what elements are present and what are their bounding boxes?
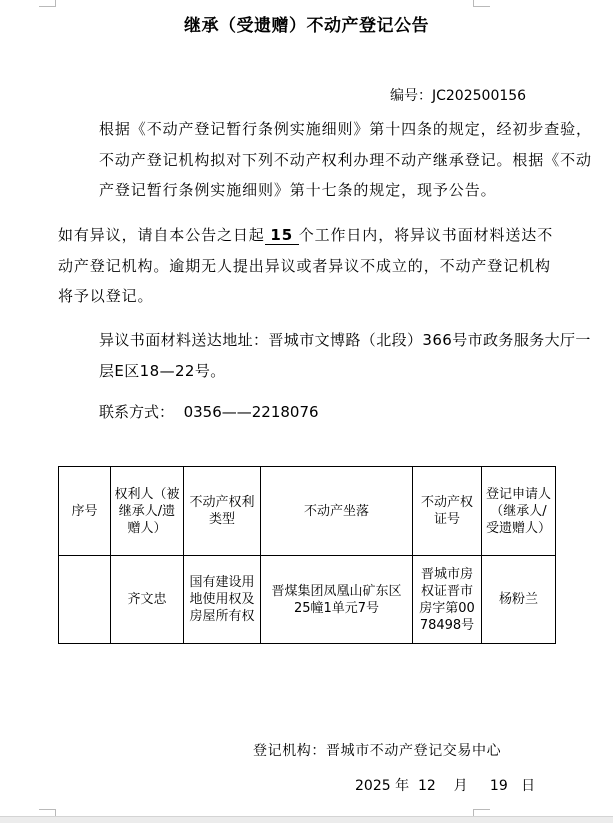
document-number-label: 编号：	[390, 88, 432, 104]
date-day-unit: 日	[521, 775, 535, 795]
page-corner-marker-top-right	[473, 0, 490, 7]
cell-certificate-no: 晋城市房权证晋市房字第0078498号	[413, 556, 482, 644]
date-day: 19	[490, 778, 508, 794]
header-certificate-no: 不动产权证号	[413, 467, 482, 556]
table-row: 齐文忠 国有建设用地使用权及房屋所有权 晋煤集团凤凰山矿东区25幢1单元7号 晋…	[59, 556, 556, 644]
announcement-date: 2025 年 12 月 19 日	[355, 775, 535, 795]
document-number-value: JC202500156	[432, 88, 526, 104]
header-right-type: 不动产权利类型	[184, 467, 261, 556]
contact-phone: 0356——2218076	[184, 403, 319, 421]
cell-location: 晋煤集团凤凰山矿东区25幢1单元7号	[261, 556, 413, 644]
document-title: 继承（受遗赠）不动产登记公告	[0, 11, 613, 36]
agency-label: 登记机构：	[253, 743, 326, 759]
paragraph-legal-basis: 根据《不动产登记暂行条例实施细则》第十四条的规定，经初步查验，不动产登记机构拟对…	[58, 114, 604, 206]
header-location: 不动产坐落	[261, 467, 413, 556]
date-year: 2025	[355, 778, 391, 794]
date-month: 12	[418, 778, 436, 794]
objection-text-before: 如有异议，请自本公告之日起	[58, 226, 265, 244]
objection-days: 15	[265, 226, 299, 245]
header-applicant: 登记申请人（继承人/受遗赠人）	[482, 467, 556, 556]
document-number: 编号：JC202500156	[390, 85, 526, 105]
cell-index	[59, 556, 111, 644]
paragraph-address: 异议书面材料送达地址：晋城市文博路（北段）366号市政务服务大厅一层E区18—2…	[58, 325, 604, 386]
date-year-unit: 年	[395, 775, 409, 795]
page-corner-marker-bottom-right	[473, 809, 490, 816]
agency-name: 晋城市不动产登记交易中心	[326, 743, 501, 759]
header-index: 序号	[59, 467, 111, 556]
header-right-holder: 权利人（被继承人/遗赠人）	[111, 467, 184, 556]
registration-agency: 登记机构：晋城市不动产登记交易中心	[253, 740, 501, 760]
table-header-row: 序号 权利人（被继承人/遗赠人） 不动产权利类型 不动产坐落 不动产权证号 登记…	[59, 467, 556, 556]
contact-label: 联系方式：	[99, 403, 174, 421]
paragraph-objection-period: 如有异议，请自本公告之日起15个工作日内，将异议书面材料送达不动产登记机构。逾期…	[58, 220, 563, 312]
window-bottom-bar	[0, 816, 613, 823]
cell-applicant: 杨粉兰	[482, 556, 556, 644]
page-corner-marker-top-left	[39, 0, 56, 7]
cell-right-type: 国有建设用地使用权及房屋所有权	[184, 556, 261, 644]
page-corner-marker-bottom-left	[39, 809, 56, 816]
date-month-unit: 月	[454, 775, 468, 795]
registration-table: 序号 权利人（被继承人/遗赠人） 不动产权利类型 不动产坐落 不动产权证号 登记…	[58, 466, 556, 644]
cell-right-holder: 齐文忠	[111, 556, 184, 644]
paragraph-contact: 联系方式： 0356——2218076	[58, 397, 604, 428]
